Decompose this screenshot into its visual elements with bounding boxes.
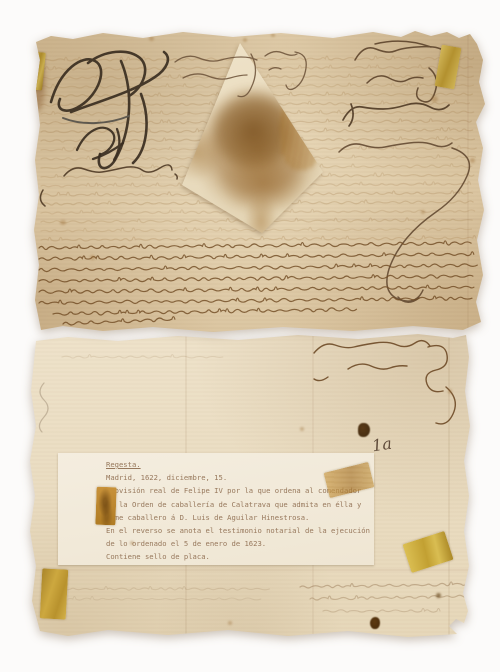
signature-rubric-left <box>51 52 168 168</box>
annotation-don-ju <box>265 52 306 90</box>
foxing-spot <box>470 158 475 163</box>
foxing-spot <box>431 96 438 102</box>
upper-sheet-handwriting <box>33 30 488 333</box>
foxing-spot <box>271 33 275 37</box>
signature-upper-right <box>355 41 452 60</box>
photo-scene: 1a Regesta. Madrid, 1622, diciembre, 15.… <box>0 0 500 672</box>
signature-third-right <box>343 103 449 126</box>
signature-manuel-with-flourish <box>339 142 469 302</box>
foxing-spot <box>60 220 66 225</box>
signature-notarial-executor <box>314 341 455 424</box>
label-line: arme caballero á D. Luis de Aguilar Hine… <box>106 511 366 524</box>
foxing-spot <box>300 427 304 431</box>
notarial-text-block <box>39 241 477 325</box>
tape-fragment <box>95 487 116 526</box>
foxing-spot <box>149 36 154 41</box>
lower-manuscript-sheet: 1a Regesta. Madrid, 1622, diciembre, 15.… <box>28 331 471 641</box>
page-mark: 1a <box>371 434 393 456</box>
signature-secretary <box>175 54 257 97</box>
pencil-mark-8 <box>39 383 48 432</box>
tape-fragment <box>40 568 69 619</box>
signature-sandovales <box>40 165 177 206</box>
label-line: Contiene sello de placa. <box>106 550 366 563</box>
foxing-spot <box>436 593 441 598</box>
label-line: En el reverso se anota el testimonio not… <box>106 524 366 537</box>
foxing-spot <box>130 541 134 545</box>
signature-guzman <box>367 68 437 102</box>
foxing-spot <box>421 210 425 214</box>
foxing-spot <box>448 389 452 394</box>
label-line: de lo ordenado el 5 de enero de 1623. <box>106 537 366 550</box>
lower-sheet-wrap: 1a Regesta. Madrid, 1622, diciembre, 15.… <box>28 331 471 641</box>
ink-blot <box>370 617 380 629</box>
foxing-spot <box>481 70 486 75</box>
upper-manuscript-sheet <box>33 30 488 333</box>
foxing-spot <box>243 38 247 42</box>
label-line: de la Orden de caballería de Calatrava q… <box>106 498 366 511</box>
foxing-spot <box>90 255 95 260</box>
foxing-spot <box>228 621 232 625</box>
signature-rioja <box>77 128 123 160</box>
label-heading: Regesta. <box>106 458 366 471</box>
upper-sheet-wrap <box>33 30 488 333</box>
